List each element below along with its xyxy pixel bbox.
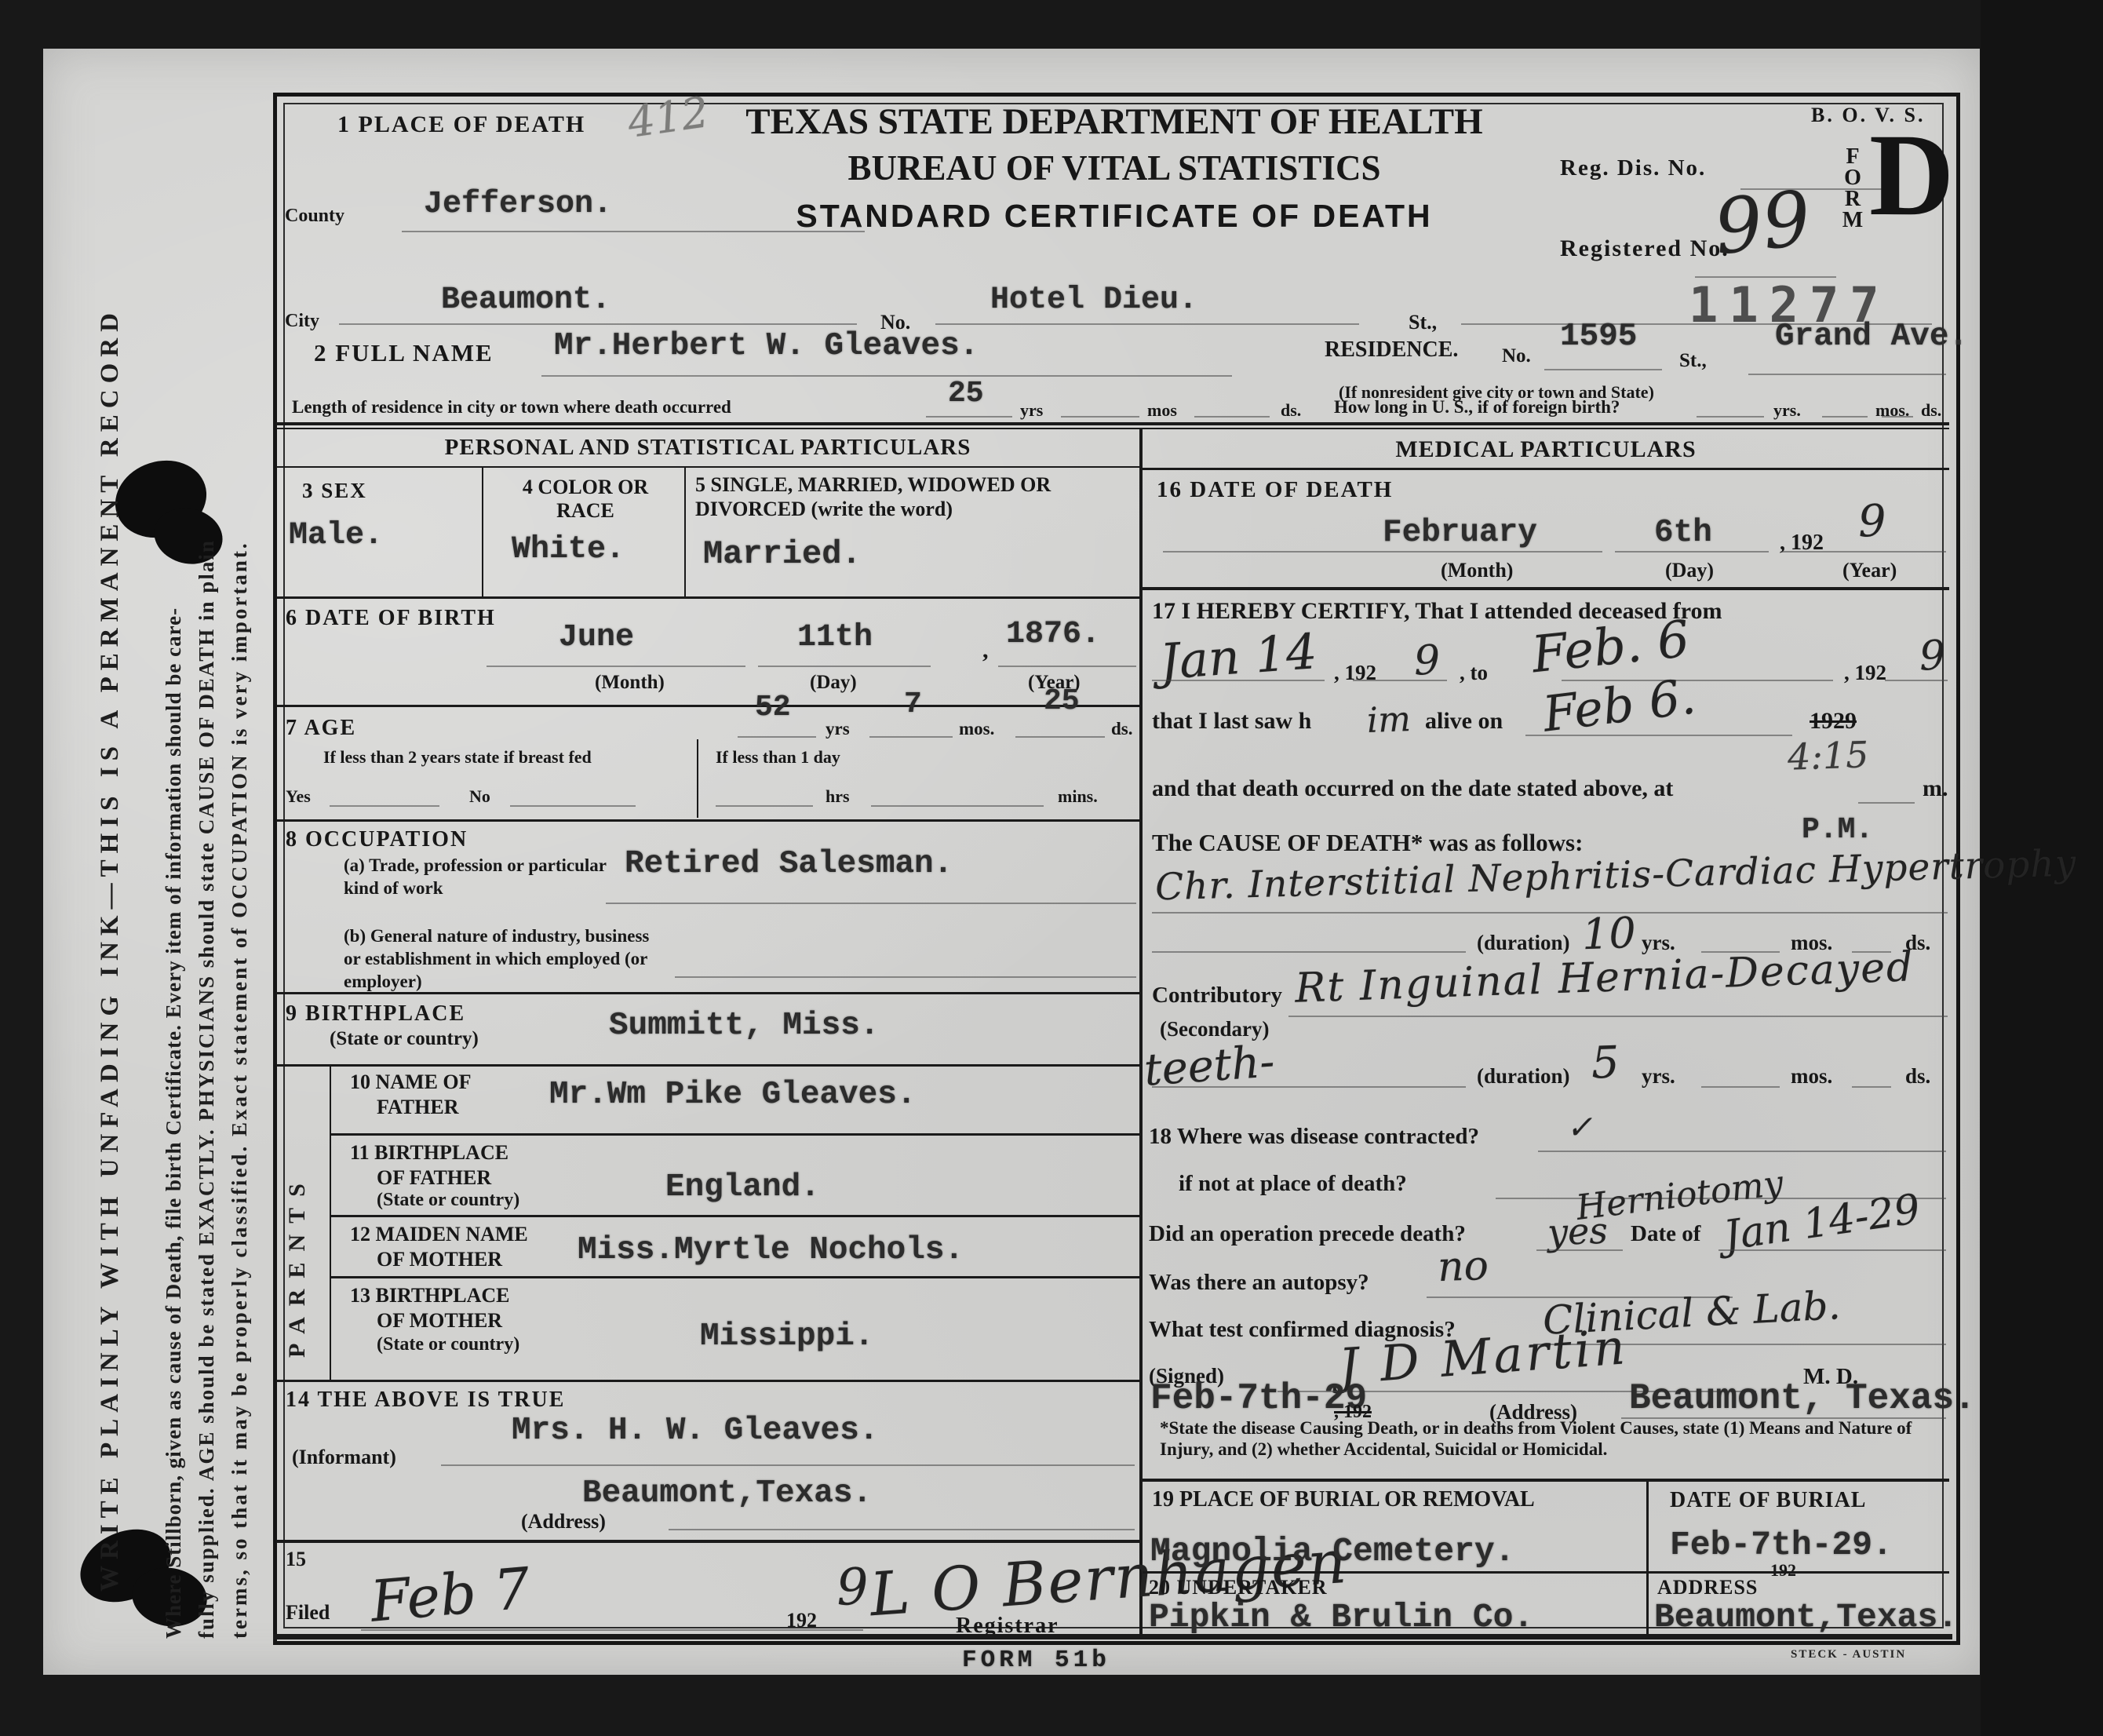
mother-bp-label1: 13 BIRTHPLACE [350,1284,510,1307]
birthplace-bottom-rule [276,1064,1139,1067]
burial-date-label: DATE OF BURIAL [1670,1488,1866,1513]
duration2-ds-label: ds. [1905,1064,1930,1089]
lastsaw-year-struck: 1929 [1810,708,1857,735]
lastsaw-him-hand: im [1366,699,1412,741]
howlong-ds-label: ds. [1921,400,1941,421]
medical-section-title: MEDICAL PARTICULARS [1143,436,1949,463]
undertaker-addr-value: Beaumont,Texas. [1654,1598,1958,1636]
signed-address-value: Beaumont, Texas. [1629,1378,1976,1419]
operation-value-hand: yes [1547,1209,1609,1254]
dod-month-cap: (Month) [1441,559,1513,582]
dob-month-blank [487,666,745,667]
informant-address-cap: (Address) [521,1510,606,1534]
m-label: m. [1923,775,1948,802]
age-yrs-value: 52 [755,691,791,724]
length-blank3 [1194,416,1270,418]
length-residence-label: Length of residence in city or town wher… [292,397,731,418]
dob-bottom-rule [276,705,1139,707]
birthplace-value: Summitt, Miss. [609,1008,879,1044]
title-line2: BUREAU OF VITAL STATISTICS [691,148,1538,188]
howlong-blank2 [1822,416,1868,418]
duration2-value: 5 [1591,1037,1620,1089]
parents-vertical-rule [330,1064,331,1380]
dob-year-value: 1876. [1006,617,1100,652]
attended-blank2 [1353,680,1447,681]
reg-dis-label: Reg. Dis. No. [1560,155,1706,181]
dob-comma: , [982,637,989,664]
dateof-label: Date of [1631,1221,1700,1247]
column-divider [1139,428,1143,1637]
contributory-label: Contributory [1152,983,1282,1008]
age-ds-value: 25 [1044,684,1080,718]
burial-top-rule [1143,1479,1949,1482]
duration2-blank2 [1852,1086,1891,1088]
birthplace-cap: (State or country) [330,1028,479,1050]
length-ds-label: ds. [1281,400,1301,421]
age-label: 7 AGE [286,716,356,741]
form-vertical-label: FORM [1839,146,1866,231]
length-blank2 [1061,416,1139,418]
fullname-blank [541,375,1232,377]
title-line3: STANDARD CERTIFICATE OF DEATH [691,198,1538,235]
residence-st-value: Grand Ave. [1775,319,1968,355]
father-bottom-rule [330,1133,1139,1136]
hospital-blank [935,323,1359,325]
cause-footnote: *State the disease Causing Death, or in … [1160,1417,1937,1460]
dod-year-blank [1781,551,1946,553]
residence-st-blank [1748,374,1946,375]
duration2-blank1 [1701,1086,1780,1088]
breastfed-divider [697,739,698,818]
residence-st-label: St., [1679,350,1707,372]
father-bp-bottom-rule [330,1215,1139,1217]
attended-blank1 [1152,680,1325,681]
dob-month-cap: (Month) [595,672,665,694]
lastsaw-prefix: that I last saw h [1152,708,1311,735]
no-label: No [469,786,490,807]
mother-name-label2: OF MOTHER [377,1248,502,1271]
city-value: Beaumont. [441,283,610,318]
informant-blank [441,1464,1135,1466]
attended-192a: , 192 [1334,661,1376,685]
header-divider2 [276,428,1949,429]
mins-label: mins. [1058,786,1098,807]
sex-color-divider [482,468,483,596]
personal-title-rule [276,466,1139,468]
howlong-blank1 [1697,416,1764,418]
father-bp-label2: OF FATHER [377,1166,491,1190]
howlong-label: How long in U. S., if of foreign birth? [1334,397,1620,418]
county-blank [402,231,865,232]
age-mos-value: 7 [904,687,922,721]
attended-to-year-hand: 9 [1919,632,1946,680]
mother-name-label1: 12 MAIDEN NAME [350,1223,528,1246]
howlong-yrs-label: yrs. [1773,400,1801,421]
occupation-label: 8 OCCUPATION [286,827,468,852]
age-ds-blank [1015,736,1105,738]
informant-cap: (Informant) [292,1446,396,1469]
burial-label: 19 PLACE OF BURIAL OR REMOVAL [1152,1486,1560,1512]
personal-section-title: PERSONAL AND STATISTICAL PARTICULARS [276,435,1139,461]
cause-label: The CAUSE OF DEATH* was as follows: [1152,829,1583,857]
dob-month-value: June [559,620,634,655]
death-occurred-label: and that death occurred on the date stat… [1152,775,1673,802]
fullname-value: Mr.Herbert W. Gleaves. [554,328,979,364]
dod-day-value: 6th [1654,515,1712,551]
dob-day-blank [758,666,931,667]
fullname-label: 2 FULL NAME [314,339,494,367]
dod-day-cap: (Day) [1665,559,1714,582]
mother-bottom-rule [330,1276,1139,1278]
father-bp-cap: (State or country) [377,1190,519,1211]
length-residence-value: 25 [948,377,984,410]
informant-address-blank [669,1529,1135,1530]
ampm-value: P.M. [1802,813,1873,847]
death-time-blank [1858,802,1915,804]
above-true-label: 14 THE ABOVE IS TRUE [286,1388,565,1413]
mins-blank [871,805,1044,807]
father-bp-label1: 11 BIRTHPLACE [350,1141,508,1165]
hrs-blank [716,805,813,807]
registered-no-value: 99 [1710,174,1814,272]
father-name-label2: FATHER [377,1096,458,1119]
age-bottom-rule [276,819,1139,822]
father-name-label1: 10 NAME OF [350,1070,472,1094]
dod-month-value: February [1383,515,1537,551]
autopsy-value-hand: no [1437,1242,1489,1291]
form-letter-D: D [1869,116,1954,234]
informant-value: Mrs. H. W. Gleaves. [512,1413,878,1449]
burial-divider [1646,1479,1649,1637]
dob-day-cap: (Day) [810,672,857,694]
marital-label: 5 SINGLE, MARRIED, WIDOWED OR DIVORCED (… [695,472,1135,521]
operation-blank1 [1536,1249,1623,1251]
filed-year-hand: 9 [836,1558,869,1617]
yes-label: Yes [286,786,311,807]
dod-month-blank [1163,551,1602,553]
dod-label: 16 DATE OF DEATH [1157,477,1393,503]
residence-no-label: No. [1502,345,1531,367]
row3-bottom-rule [276,596,1139,599]
street-label: St., [1409,311,1437,334]
age-yrs-blank [738,736,816,738]
county-value: Jefferson. [424,187,612,222]
dod-year-hand: 9 [1857,495,1887,547]
time-of-death-hand: 4:15 [1787,733,1869,779]
informant-address-value: Beaumont,Texas. [582,1475,872,1512]
burial-year-printed: 192 [1770,1560,1796,1581]
father-bp-value: England. [665,1169,820,1205]
color-race-label: 4 COLOR OR RACE [493,476,678,523]
attended-blank4 [1885,680,1948,681]
dob-year-blank [998,666,1136,667]
mother-name-value: Miss.Myrtle Nochols. [578,1232,964,1268]
lastsaw-suffix: alive on [1425,708,1503,735]
burial-value: Magnolia Cemetery. [1150,1532,1514,1570]
marital-value: Married. [703,535,862,573]
filed-label: Filed [286,1601,330,1625]
margin-instruction-line2: Where Stillborn, given as cause of Death… [162,607,186,1639]
filed-date-hand: Feb 7 [368,1555,533,1634]
form-number: FORM 51b [962,1647,1110,1674]
length-yrs-label: yrs [1020,400,1043,421]
undertaker-top-rule [1143,1571,1949,1574]
notplace-label: if not at place of death? [1179,1171,1407,1197]
undertaker-addr-label: ADDRESS [1657,1576,1758,1599]
cause-blank [1152,912,1948,914]
age-mos-label: mos. [959,719,994,739]
duration1-value: 10 [1581,908,1637,959]
parents-bottom-rule [276,1380,1139,1382]
occupation-a-label: (a) Trade, profession or particular kind… [344,854,610,899]
margin-instruction-line4: terms, so that it may be properly classi… [228,541,252,1639]
operation-blank2 [1718,1249,1946,1251]
age-yrs-label: yrs [826,719,850,739]
lastsaw-blank [1525,735,1792,736]
duration2-blank0 [1152,1086,1466,1088]
no-blank [510,805,636,807]
title-line1: TEXAS STATE DEPARTMENT OF HEALTH [691,100,1538,143]
duration2-mos-label: mos. [1791,1064,1832,1089]
filed-num: 15 [286,1548,306,1571]
yes-blank [330,805,439,807]
dod-year-cap: (Year) [1842,559,1897,582]
header-divider [276,422,1949,425]
attended-to-label: , to [1460,661,1488,685]
residence-no-blank [1544,369,1662,370]
registered-no-label: Registered No. [1560,235,1729,262]
length-blank1 [926,416,1012,418]
q18-blank [1538,1151,1946,1152]
duration1-blank0 [1152,951,1466,953]
birthplace-label: 9 BIRTHPLACE [286,1001,465,1027]
occupation-b-label: (b) General nature of industry, business… [344,925,665,993]
attended-192b: , 192 [1844,661,1886,685]
margin-instruction-line3: fully supplied. AGE should be stated EXA… [195,539,219,1639]
sex-value: Male. [289,518,383,553]
mother-bp-cap: (State or country) [377,1334,519,1355]
form-bottom-heavy-rule [273,1634,1952,1639]
mother-bp-label2: OF MOTHER [377,1309,502,1333]
residence-label: RESIDENCE. [1325,337,1458,363]
attended-from-year-hand: 9 [1413,636,1441,684]
lessday-label: If less than 1 day [716,747,840,768]
informant-bottom-rule [276,1540,1139,1543]
occupation-b-blank [675,976,1136,978]
age-ds-label: ds. [1111,719,1133,739]
county-label: County [285,206,344,227]
duration2-cap: (duration) [1477,1064,1570,1089]
q18-checkmark: ✓ [1565,1109,1593,1146]
breastfed-label: If less than 2 years state if breast fed [323,747,592,768]
duration2-yrs-label: yrs. [1642,1064,1675,1089]
father-name-value: Mr.Wm Pike Gleaves. [549,1077,916,1113]
length-mos-label: mos [1147,400,1177,421]
printer-imprint: STECK - AUSTIN [1791,1648,1906,1661]
occupation-bottom-rule [276,992,1139,994]
occupation-a-blank [606,903,1136,904]
contributory-blank [1288,1016,1948,1017]
city-label: City [285,311,319,332]
hospital-no-value: Hotel Dieu. [990,283,1197,318]
color-marital-divider [684,468,686,596]
mother-bp-value: Missippi. [700,1318,873,1355]
operation-label: Did an operation precede death? [1149,1221,1466,1247]
filed-blank [361,1629,863,1631]
burial-date-value: Feb-7th-29. [1670,1526,1893,1564]
margin-instruction-line1: WRITE PLAINLY WITH UNFADING INK—THIS IS … [96,307,125,1592]
autopsy-label: Was there an autopsy? [1149,1270,1369,1296]
howlong-blank3 [1882,416,1913,418]
hrs-label: hrs [826,786,850,807]
dob-label: 6 DATE OF BIRTH [286,606,496,631]
city-blank [339,323,857,325]
parents-vertical-label: PARENTS [284,1173,311,1358]
dod-day-blank [1615,551,1769,553]
color-race-value: White. [512,532,625,567]
medical-title-rule [1143,468,1949,470]
age-mos-blank [869,736,953,738]
dod-bottom-rule [1143,587,1949,590]
duration1-cap: (duration) [1477,931,1570,955]
residence-no-value: 1595 [1560,319,1637,355]
occupation-a-value: Retired Salesman. [625,846,953,882]
place-of-death-label: 1 PLACE OF DEATH [337,111,585,138]
scanned-death-certificate: WRITE PLAINLY WITH UNFADING INK—THIS IS … [0,0,2103,1736]
dob-day-value: 11th [797,620,873,655]
undertaker-label: 20 UNDERTAKER [1149,1576,1328,1599]
sex-label: 3 SEX [302,479,367,503]
howlong-mos-label: mos. [1875,400,1909,421]
q18-label: 18 Where was disease contracted? [1149,1124,1479,1150]
undertaker-value: Pipkin & Brulin Co. [1149,1598,1533,1636]
